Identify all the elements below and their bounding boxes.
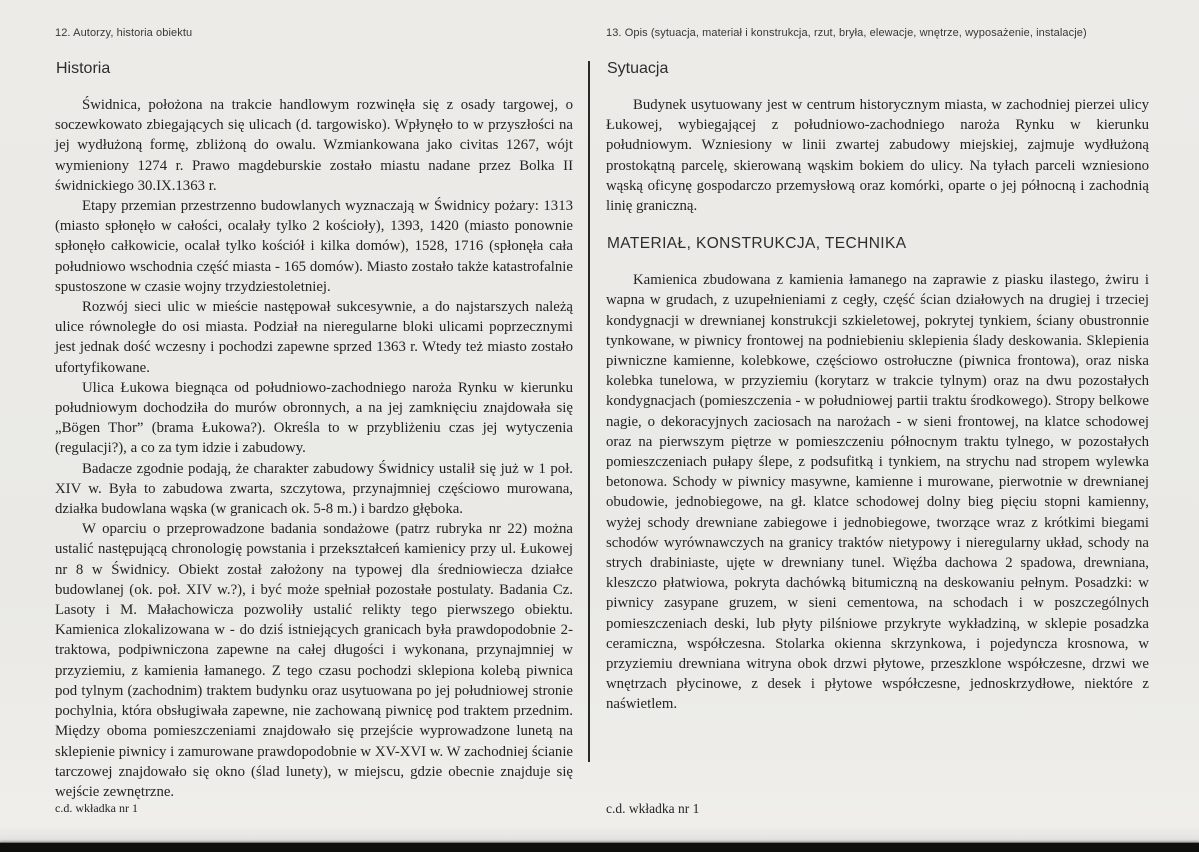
historia-paragraph-2: Etapy przemian przestrzenno budowlanych … [55,196,573,297]
sytuacja-paragraph-1: Budynek usytuowany jest w centrum histor… [606,95,1149,216]
right-footer-continuation-note: c.d. wkładka nr 1 [606,801,699,817]
left-footer-continuation-note: c.d. wkładka nr 1 [55,801,138,816]
right-column: 13. Opis (sytuacja, materiał i konstrukc… [606,27,1149,715]
historia-body: Świdnica, położona na trakcie handlowym … [55,95,573,802]
sytuacja-body: Budynek usytuowany jest w centrum histor… [606,95,1149,216]
column-divider-line [588,61,590,762]
left-column-field-header: 12. Autorzy, historia obiektu [55,27,573,39]
historia-paragraph-3: Rozwój sieci ulic w mieście następował s… [55,297,573,378]
historia-paragraph-4: Ulica Łukowa biegnąca od południowo-zach… [55,378,573,459]
historia-paragraph-1: Świdnica, położona na trakcie handlowym … [55,95,573,196]
historia-paragraph-5: Badacze zgodnie podają, że charakter zab… [55,459,573,520]
scanned-document-page: 12. Autorzy, historia obiektu Historia Ś… [0,0,1199,852]
scan-edge-bar [0,843,1199,852]
material-paragraph-1: Kamienica zbudowana z kamienia łamanego … [606,270,1149,714]
historia-paragraph-6: W oparciu o przeprowadzone badania sonda… [55,519,573,802]
historia-heading: Historia [56,60,573,78]
material-konstrukcja-technika-heading: MATERIAŁ, KONSTRUKCJA, TECHNIKA [607,235,1149,253]
right-column-field-header: 13. Opis (sytuacja, materiał i konstrukc… [606,27,1149,39]
sytuacja-heading: Sytuacja [607,60,1149,78]
material-body: Kamienica zbudowana z kamienia łamanego … [606,270,1149,714]
left-column: 12. Autorzy, historia obiektu Historia Ś… [55,27,573,802]
